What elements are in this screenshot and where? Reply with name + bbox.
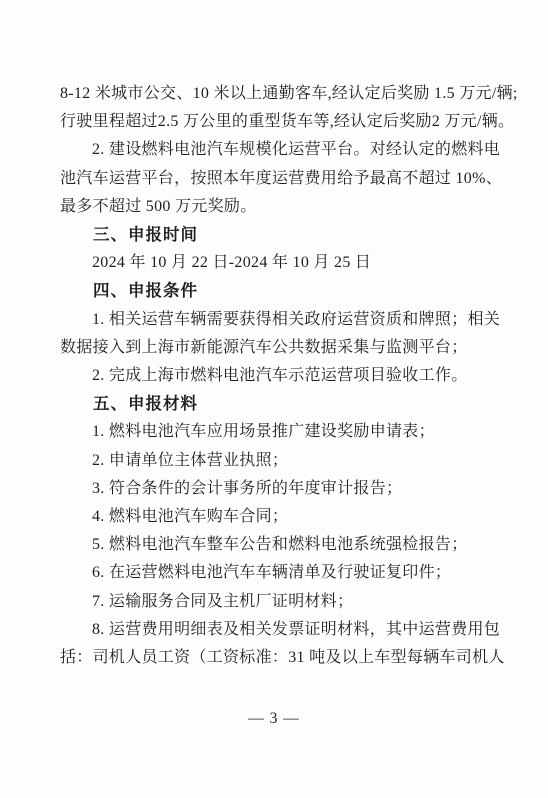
list-item: 3. 符合条件的会计事务所的年度审计报告； <box>60 475 496 503</box>
list-item: 1. 燃料电池汽车应用场景推广建设奖励申请表； <box>60 418 496 446</box>
list-item: 2. 申请单位主体营业执照； <box>60 447 496 475</box>
text-line: 数据接入到上海市新能源汽车公共数据采集与监测平台； <box>60 334 496 362</box>
text-line: 2. 完成上海市燃料电池汽车示范运营项目验收工作。 <box>60 362 496 390</box>
text-line: 1. 相关运营车辆需要获得相关政府运营资质和牌照；相关 <box>60 306 496 334</box>
text-line: 最多不超过 500 万元奖励。 <box>60 193 496 221</box>
list-item: 8. 运营费用明细表及相关发票证明材料，其中运营费用包 <box>60 616 496 644</box>
text-line-application-dates: 2024 年 10 月 22 日-2024 年 10 月 25 日 <box>60 249 496 277</box>
list-item: 4. 燃料电池汽车购车合同； <box>60 503 496 531</box>
text-line: 8-12 米城市公交、10 米以上通勤客车,经认定后奖励 1.5 万元/辆; <box>60 80 496 108</box>
document-body: 8-12 米城市公交、10 米以上通勤客车,经认定后奖励 1.5 万元/辆; 行… <box>60 80 496 672</box>
text-line: 2. 建设燃料电池汽车规模化运营平台。对经认定的燃料电 <box>60 136 496 164</box>
list-item: 5. 燃料电池汽车整车公告和燃料电池系统强检报告； <box>60 531 496 559</box>
list-item: 7. 运输服务合同及主机厂证明材料； <box>60 588 496 616</box>
section-heading-application-time: 三、申报时间 <box>60 221 496 249</box>
page-number: — 3 — <box>0 708 548 730</box>
list-item: 6. 在运营燃料电池汽车车辆清单及行驶证复印件； <box>60 559 496 587</box>
section-heading-application-materials: 五、申报材料 <box>60 390 496 418</box>
section-heading-application-conditions: 四、申报条件 <box>60 277 496 305</box>
text-line: 行驶里程超过2.5 万公里的重型货车等,经认定后奖励2 万元/辆。 <box>60 108 496 136</box>
text-line: 池汽车运营平台，按照本年度运营费用给予最高不超过 10%、 <box>60 165 496 193</box>
text-line: 括：司机人员工资（工资标准：31 吨及以上车型每辆车司机人 <box>60 644 496 672</box>
document-page: 8-12 米城市公交、10 米以上通勤客车,经认定后奖励 1.5 万元/辆; 行… <box>0 0 548 798</box>
